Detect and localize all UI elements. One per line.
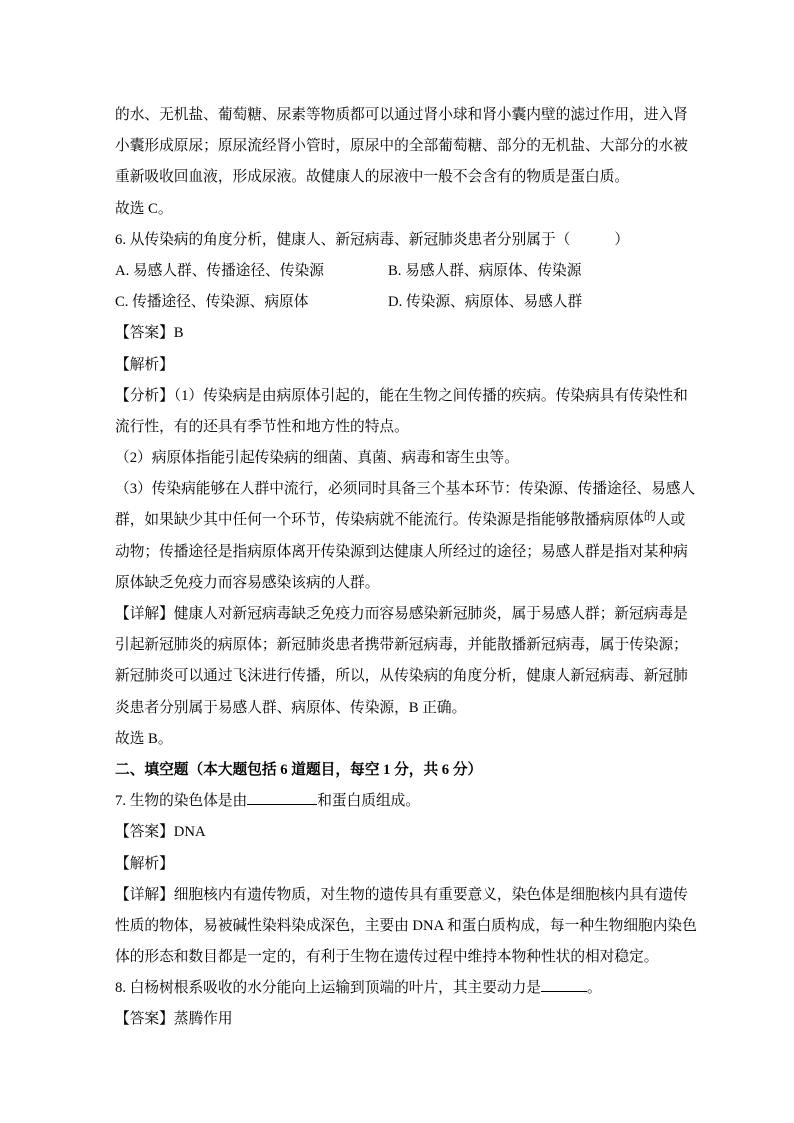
question-6-analysis-line-6: 动物；传播途径是指病原体离开传染源到达健康人所经过的途径；易感人群是指对某种病 [115,537,677,568]
question-8-text-before-blank: 8. 白杨树根系吸收的水分能向上运输到顶端的叶片，其主要动力是 [115,980,541,996]
question-6-option-a: A. 易感人群、传播途径、传染源 [115,256,388,287]
question-7-analysis-header: 【解析】 [115,849,677,880]
question-6-analysis-line-7: 原体缺乏免疫力而容易感染该病的人群。 [115,568,677,599]
analysis-line-5-raised-char: 的 [644,509,656,523]
q5-explanation-line-3: 重新吸收回血液，形成尿液。故健康人的尿液中一般不会含有的物质是蛋白质。 [115,162,677,193]
question-8-answer: 【答案】蒸腾作用 [115,1004,677,1035]
question-6-answer: 【答案】B [115,318,677,349]
question-6-analysis-line-2: 流行性，有的还具有季节性和地方性的特点。 [115,412,677,443]
question-6-analysis-line-5: 群，如果缺少其中任何一个环节，传染病就不能流行。传染源是指能够散播病原体的人或 [115,505,677,536]
question-6-detail-line-1: 【详解】健康人对新冠病毒缺乏免疫力而容易感染新冠肺炎，属于易感人群；新冠病毒是 [115,599,677,630]
analysis-line-5-tail: 人或 [656,512,685,528]
question-8-stem: 8. 白杨树根系吸收的水分能向上运输到顶端的叶片，其主要动力是。 [115,973,677,1004]
analysis-line-5-text: 群，如果缺少其中任何一个环节，传染病就不能流行。传染源是指能够散播病原体 [115,512,644,528]
question-6-option-c: C. 传播途径、传染源、病原体 [115,287,388,318]
question-6-option-d: D. 传染源、病原体、易感人群 [388,294,582,310]
question-7-text-before-blank: 7. 生物的染色体是由 [115,793,247,809]
question-6-detail-line-3: 新冠肺炎可以通过飞沫进行传播，所以，从传染病的角度分析，健康人新冠病毒、新冠肺 [115,661,677,692]
question-6-detail-line-2: 引起新冠肺炎的病原体；新冠肺炎患者携带新冠病毒，并能散播新冠病毒，属于传染源； [115,630,677,661]
question-6-analysis-line-4: （3）传染病能够在人群中流行，必须同时具备三个基本环节：传染源、传播途径、易感人 [115,474,677,505]
question-6-analysis-header: 【解析】 [115,350,677,381]
question-7-detail-line-1: 【详解】细胞核内有遗传物质，对生物的遗传具有重要意义，染色体是细胞核内具有遗传 [115,880,677,911]
question-6-option-b: B. 易感人群、病原体、传染源 [388,263,581,279]
question-6-options-row-1: A. 易感人群、传播途径、传染源B. 易感人群、病原体、传染源 [115,256,677,287]
question-7-detail-line-3: 体的形态和数目都是一定的，有利于生物在遗传过程中维持本物种性状的相对稳定。 [115,942,677,973]
question-6-analysis-line-1: 【分析】（1）传染病是由病原体引起的，能在生物之间传播的疾病。传染病具有传染性和 [115,381,677,412]
question-6-detail-line-4: 炎患者分别属于易感人群、病原体、传染源，B 正确。 [115,693,677,724]
question-8-text-after-blank: 。 [587,980,602,996]
q5-explanation-line-1: 的水、无机盐、葡萄糖、尿素等物质都可以通过肾小球和肾小囊内壁的滤过作用，进入肾 [115,100,677,131]
document-page: 的水、无机盐、葡萄糖、尿素等物质都可以通过肾小球和肾小囊内壁的滤过作用，进入肾 … [115,100,677,1036]
question-8-fill-blank [541,977,587,992]
question-6-analysis-line-3: （2）病原体指能引起传染病的细菌、真菌、病毒和寄生虫等。 [115,443,677,474]
question-6-conclusion: 故选 B。 [115,724,677,755]
q5-explanation-line-2: 小囊形成原尿；原尿流经肾小管时，原尿中的全部葡萄糖、部分的无机盐、大部分的水被 [115,131,677,162]
q5-conclusion: 故选 C。 [115,194,677,225]
question-7-stem: 7. 生物的染色体是由和蛋白质组成。 [115,786,677,817]
question-7-answer: 【答案】DNA [115,817,677,848]
question-6-options-row-2: C. 传播途径、传染源、病原体D. 传染源、病原体、易感人群 [115,287,677,318]
section-2-heading: 二、填空题（本大题包括 6 道题目，每空 1 分，共 6 分） [115,755,677,786]
question-6-stem: 6. 从传染病的角度分析，健康人、新冠病毒、新冠肺炎患者分别属于（ ） [115,225,677,256]
question-7-text-after-blank: 和蛋白质组成。 [317,793,420,809]
question-7-detail-line-2: 性质的物体，易被碱性染料染成深色，主要由 DNA 和蛋白质构成，每一种生物细胞内… [115,911,677,942]
question-7-fill-blank [247,790,317,805]
